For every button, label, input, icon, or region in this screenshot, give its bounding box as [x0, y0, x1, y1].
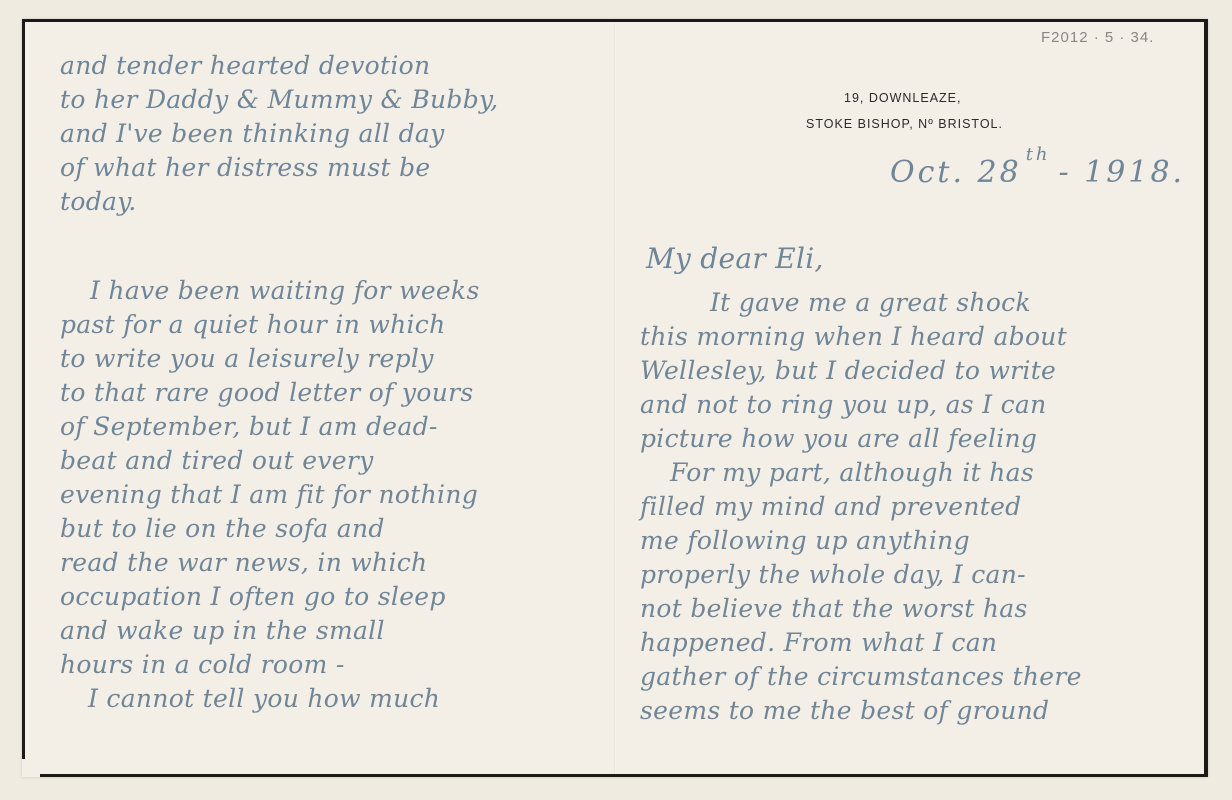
handwritten-line: of what her distress must be — [60, 151, 498, 185]
handwritten-line: and I've been thinking all day — [60, 117, 498, 151]
handwritten-line: occupation I often go to sleep — [60, 580, 480, 614]
handwritten-line: gather of the circumstances there — [640, 660, 1082, 694]
left-page: and tender hearted devotion to her Daddy… — [22, 19, 614, 777]
handwritten-line: not believe that the worst has — [640, 592, 1082, 626]
left-paragraph-2: I have been waiting for weeks past for a… — [60, 274, 480, 716]
handwritten-line: For my part, although it has — [640, 456, 1082, 490]
handwritten-line: and not to ring you up, as I can — [640, 388, 1082, 422]
letterhead-address-line1: 19, DOWNLEAZE, — [806, 91, 1003, 105]
handwritten-line: It gave me a great shock — [640, 286, 1082, 320]
handwritten-line: picture how you are all feeling — [640, 422, 1082, 456]
handwritten-line: Wellesley, but I decided to write — [640, 354, 1082, 388]
handwritten-line: I cannot tell you how much — [60, 682, 480, 716]
handwritten-line: to write you a leisurely reply — [60, 342, 480, 376]
right-body: It gave me a great shock this morning wh… — [640, 286, 1082, 728]
handwritten-line: today. — [60, 185, 498, 219]
date-month-day: Oct. 28 — [890, 155, 1022, 190]
handwritten-line: of September, but I am dead- — [60, 410, 480, 444]
scan-background: and tender hearted devotion to her Daddy… — [0, 0, 1232, 800]
handwritten-line: this morning when I heard about — [640, 320, 1082, 354]
handwritten-line: beat and tired out every — [60, 444, 480, 478]
handwritten-line: past for a quiet hour in which — [60, 308, 480, 342]
catalog-number: F2012 · 5 · 34. — [1041, 29, 1154, 46]
right-page: F2012 · 5 · 34. 19, DOWNLEAZE, STOKE BIS… — [616, 19, 1208, 777]
letter-sheet: and tender hearted devotion to her Daddy… — [22, 19, 1208, 777]
handwritten-line: and wake up in the small — [60, 614, 480, 648]
letterhead-address-line2: STOKE BISHOP, Nº BRISTOL. — [806, 117, 1003, 131]
letterhead: 19, DOWNLEAZE, STOKE BISHOP, Nº BRISTOL. — [806, 91, 1003, 131]
handwritten-line: and tender hearted devotion — [60, 49, 498, 83]
salutation: My dear Eli, — [646, 242, 824, 276]
handwritten-line: me following up anything — [640, 524, 1082, 558]
handwritten-line: to her Daddy & Mummy & Bubby, — [60, 83, 498, 117]
handwritten-line: seems to me the best of ground — [640, 694, 1082, 728]
handwritten-line: but to lie on the sofa and — [60, 512, 480, 546]
handwritten-line: evening that I am fit for nothing — [60, 478, 480, 512]
date-year: - 1918. — [1059, 155, 1186, 190]
handwritten-line: to that rare good letter of yours — [60, 376, 480, 410]
handwritten-line: hours in a cold room - — [60, 648, 480, 682]
handwritten-line: properly the whole day, I can- — [640, 558, 1082, 592]
handwritten-line: read the war news, in which — [60, 546, 480, 580]
date-suffix: th — [1026, 144, 1051, 165]
left-paragraph-1: and tender hearted devotion to her Daddy… — [60, 49, 498, 219]
handwritten-line: filled my mind and prevented — [640, 490, 1082, 524]
handwritten-line: happened. From what I can — [640, 626, 1082, 660]
letter-date: Oct. 28th- 1918. — [890, 155, 1185, 190]
handwritten-line: I have been waiting for weeks — [60, 274, 480, 308]
